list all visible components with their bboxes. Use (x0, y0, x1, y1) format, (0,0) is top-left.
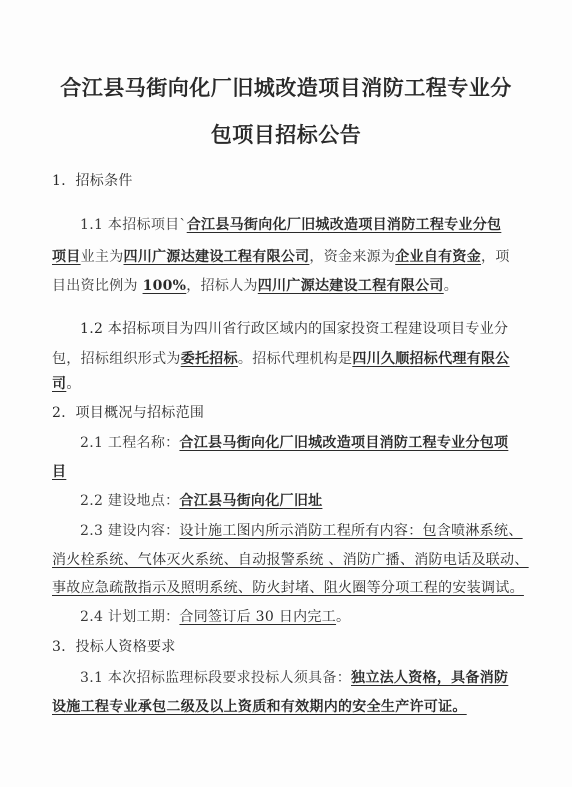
paragraph-2-3-line-1: 2.3 建设内容：设计施工图内所示消防工程所有内容：包含喷淋系统、 (80, 520, 523, 540)
document-title-line-2: 包项目招标公告 (0, 119, 572, 149)
project-name-underlined: 合江县马街向化厂旧城改造项目消防工程专业分包 (187, 217, 502, 233)
paragraph-1-2-line-1: 1.2 本招标项目为四川省行政区域内的国家投资工程建设项目专业分 (80, 318, 508, 338)
label: 2.3 建设内容： (80, 523, 179, 539)
paragraph-1-2-line-3: 司。 (52, 373, 81, 393)
paragraph-2-3-line-2: 消火栓系统、气体灭火系统、自动报警系统 、消防广播、消防电话及联动、 (52, 549, 529, 569)
tender-method: 委托招标 (181, 351, 238, 367)
funding-source: 企业自有资金 (395, 249, 481, 265)
text: 目出资比例为 (52, 278, 143, 294)
owner-name: 四川广源达建设工程有限公司 (124, 249, 310, 265)
qualification-requirement: 设施工程专业承包二级及以上资质和有效期内的安全生产许可证。 (52, 699, 467, 715)
construction-content: 设计施工图内所示消防工程所有内容：包含喷淋系统、 (179, 523, 522, 539)
paragraph-1-2-line-2: 包，招标组织形式为委托招标。招标代理机构是四川久顺招标代理有限公 (52, 348, 510, 368)
project-name: 合江县马街向化厂旧城改造项目消防工程专业分包项 (179, 435, 508, 451)
qualification-requirement: 独立法人资格，具备消防 (351, 670, 508, 686)
label: 3.1 本次招标监理标段要求投标人须具备： (80, 670, 351, 686)
construction-content: 事故应急疏散指示及照明系统、防火封堵、阻火圈等分项工程的安装调试。 (52, 580, 524, 596)
text: 。招标代理机构是 (238, 351, 352, 367)
text: ，招标人为 (186, 278, 258, 294)
construction-content: 消火栓系统、气体灭火系统、自动报警系统 、消防广播、消防电话及联动、 (52, 552, 529, 568)
agency-name: 司 (52, 376, 66, 392)
paragraph-2-1-line-1: 2.1 工程名称：合江县马街向化厂旧城改造项目消防工程专业分包项 (80, 432, 508, 452)
text: 包，招标组织形式为 (52, 351, 181, 367)
text: 1.1 本招标项目` (80, 217, 187, 233)
document-title-line-1: 合江县马街向化厂旧城改造项目消防工程专业分 (0, 72, 572, 102)
paragraph-1-1-line-2: 项目业主为四川广源达建设工程有限公司，资金来源为企业自有资金，项 (52, 246, 510, 266)
text: 。 (66, 376, 80, 392)
paragraph-2-3-line-3: 事故应急疏散指示及照明系统、防火封堵、阻火圈等分项工程的安装调试。 (52, 577, 524, 597)
section-3-heading: 3．投标人资格要求 (52, 636, 176, 656)
text: 。 (444, 278, 458, 294)
text: ，项 (481, 249, 510, 265)
label: 2.2 建设地点： (80, 493, 179, 509)
text: ，资金来源为 (309, 249, 395, 265)
project-name-underlined: 项目 (52, 249, 81, 265)
section-2-heading: 2．项目概况与招标范围 (52, 402, 204, 422)
investment-ratio: 100% (143, 278, 187, 294)
paragraph-1-1-line-1: 1.1 本招标项目`合江县马街向化厂旧城改造项目消防工程专业分包 (80, 214, 501, 234)
text: 业主为 (81, 249, 124, 265)
label: 2.1 工程名称： (80, 435, 179, 451)
paragraph-3-1-line-2: 设施工程专业承包二级及以上资质和有效期内的安全生产许可证。 (52, 696, 467, 716)
paragraph-2-2: 2.2 建设地点：合江县马街向化厂旧址 (80, 490, 322, 510)
tenderer-name: 四川广源达建设工程有限公司 (258, 278, 444, 294)
paragraph-2-4: 2.4 计划工期：合同签订后 30 日内完工。 (80, 606, 350, 626)
planned-duration: 合同签订后 30 日内完工 (179, 609, 336, 625)
section-1-heading: 1．招标条件 (52, 170, 133, 190)
project-name: 目 (52, 464, 66, 480)
paragraph-3-1-line-1: 3.1 本次招标监理标段要求投标人须具备：独立法人资格，具备消防 (80, 667, 508, 687)
construction-site: 合江县马街向化厂旧址 (179, 493, 322, 509)
text: 。 (336, 609, 350, 625)
agency-name: 四川久顺招标代理有限公 (352, 351, 509, 367)
label: 2.4 计划工期： (80, 609, 179, 625)
paragraph-2-1-line-2: 目 (52, 461, 66, 481)
paragraph-1-1-line-3: 目出资比例为 100%，招标人为四川广源达建设工程有限公司。 (52, 275, 458, 295)
